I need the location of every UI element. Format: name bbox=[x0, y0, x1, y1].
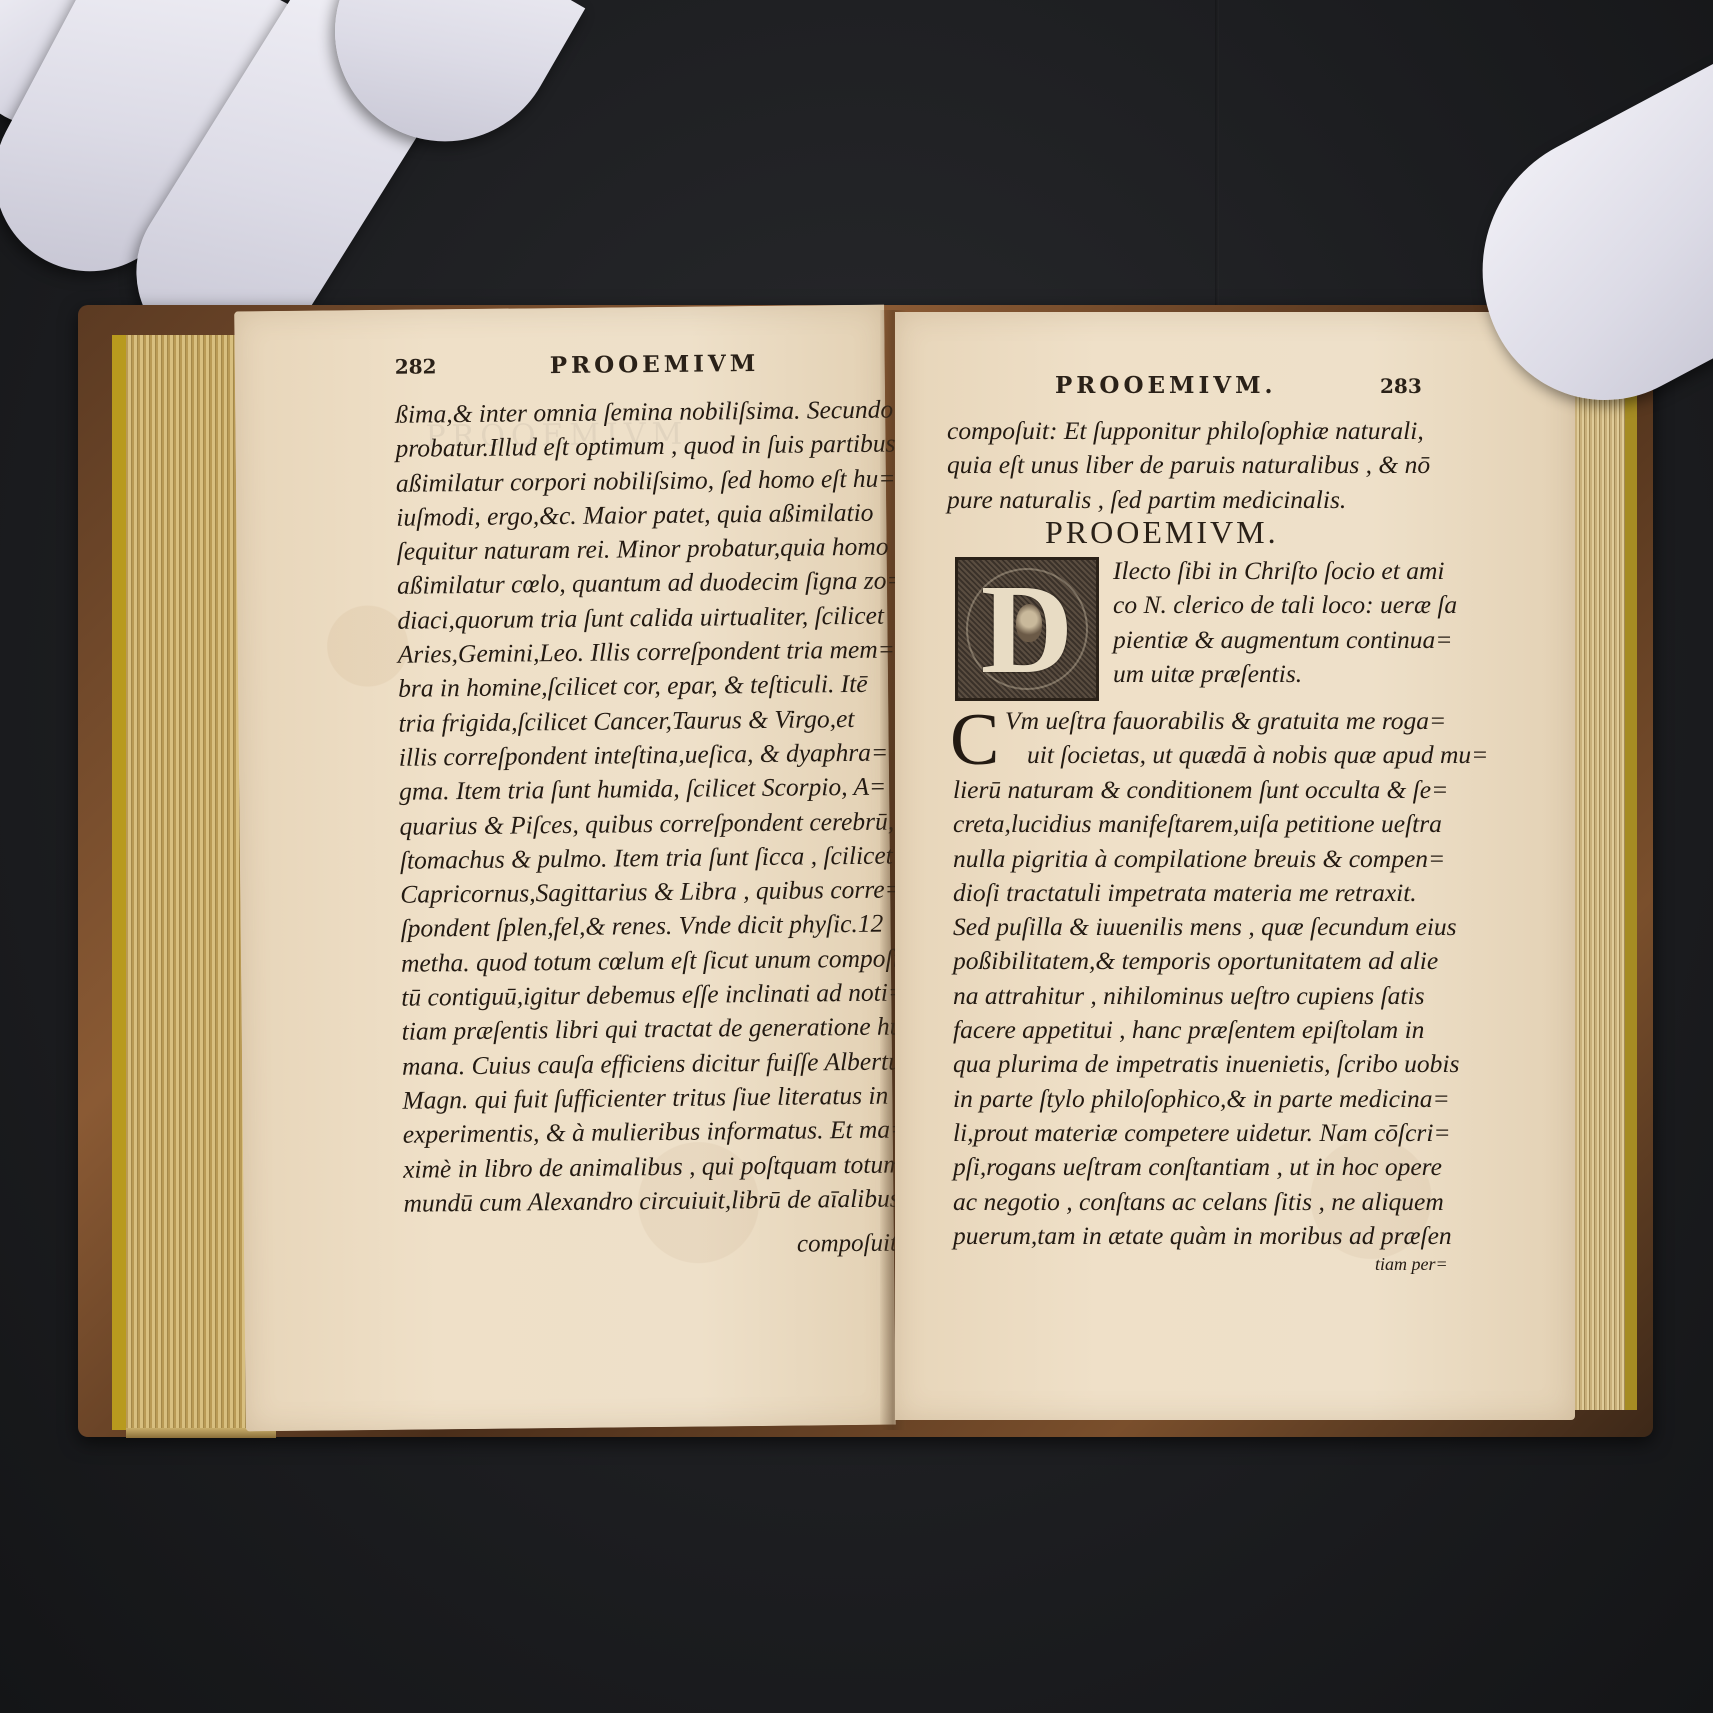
text-line: experimentis, & à mulieribus informatus.… bbox=[403, 1113, 919, 1153]
right-page-edges bbox=[1570, 380, 1637, 1410]
page-number: 283 bbox=[1380, 374, 1422, 398]
text-line: ßima,& inter omnia ſemina nobiliſsima. S… bbox=[395, 392, 911, 432]
left-page: PROOEMIVM 282 PROOEMIVM ßima,& inter omn… bbox=[234, 305, 896, 1432]
text-line: ſtomachus & pulmo. Item tria ſunt ſicca … bbox=[400, 838, 916, 878]
c-paragraph-lead: Vm ueſtra fauorabilis & gratuita me roga… bbox=[1005, 704, 1488, 773]
text-line: co N. clerico de tali loco: ueræ ſa bbox=[1113, 588, 1457, 622]
text-line: ſpondent ſplen,fel,& renes. Vnde dicit p… bbox=[400, 907, 916, 947]
text-line: aßimilatur cœlo, quantum ad duodecim ſig… bbox=[397, 564, 913, 604]
text-line: aßimilatur corpori nobiliſsimo, ſed homo… bbox=[396, 461, 912, 501]
text-line: pure naturalis , ſed partim medicinalis. bbox=[947, 483, 1430, 517]
text-line: uit ſocietas, ut quædā à nobis quæ apud … bbox=[1005, 738, 1488, 772]
text-line: probatur.Illud eſt optimum , quod in ſui… bbox=[395, 427, 911, 467]
text-line: Ilecto ſibi in Chriſto ſocio et ami bbox=[1113, 554, 1457, 588]
text-line: Vm ueſtra fauorabilis & gratuita me roga… bbox=[1005, 704, 1488, 738]
text-line: poßibilitatem,& temporis oportunitatem a… bbox=[953, 944, 1459, 978]
text-line: diaci,quorum tria ſunt calida uirtualite… bbox=[397, 598, 913, 638]
text-line: Sed puſilla & iuuenilis mens , quæ ſecun… bbox=[953, 910, 1459, 944]
text-line: iuſmodi, ergo,&c. Maior patet, quia aßim… bbox=[396, 495, 912, 535]
text-line: pientiæ & augmentum continua= bbox=[1113, 623, 1457, 657]
text-line: tria frigida,ſcilicet Cancer,Taurus & Vi… bbox=[398, 701, 914, 741]
text-line: ac negotio , conſtans ac celans ſitis , … bbox=[953, 1185, 1459, 1219]
text-line: quia eſt unus liber de paruis naturalibu… bbox=[947, 448, 1430, 482]
text-line: Aries,Gemini,Leo. Illis correſpondent tr… bbox=[398, 632, 914, 672]
text-line: mana. Cuius cauſa efficiens dicitur fuiſ… bbox=[402, 1044, 918, 1084]
text-line: creta,lucidius manifeſtarem,uiſa petitio… bbox=[953, 807, 1459, 841]
text-line: illis correſpondent inteſtina,ueſica, & … bbox=[399, 735, 915, 775]
left-page-body: ßima,& inter omnia ſemina nobiliſsima. S… bbox=[395, 392, 919, 1220]
text-line: facere appetitui , hanc præſentem epiſto… bbox=[953, 1013, 1459, 1047]
section-title: PROOEMIVM. bbox=[1045, 514, 1279, 551]
text-line: lierū naturam & conditionem ſunt occulta… bbox=[953, 773, 1459, 807]
dedication-text: Ilecto ſibi in Chriſto ſocio et ami co N… bbox=[1113, 554, 1457, 691]
text-line: Magn. qui fuit ſufficienter tritus ſiue … bbox=[402, 1078, 918, 1118]
text-line: li,prout materiæ competere uidetur. Nam … bbox=[953, 1116, 1459, 1150]
right-page-intro: compoſuit: Et ſupponitur philoſophiæ nat… bbox=[947, 414, 1430, 517]
text-line: um uitæ præſentis. bbox=[1113, 657, 1457, 691]
text-line: tū contiguū,igitur debemus eſſe inclinat… bbox=[401, 975, 917, 1015]
right-page: PROOEMIVM. 283 compoſuit: Et ſupponitur … bbox=[895, 312, 1575, 1420]
running-head: PROOEMIVM bbox=[550, 350, 760, 379]
text-line: dioſi tractatuli impetrata materia me re… bbox=[953, 876, 1459, 910]
woodcut-face-icon bbox=[1016, 604, 1042, 642]
text-line: gma. Item tria ſunt humida, ſcilicet Sco… bbox=[399, 770, 915, 810]
text-line: pſi,rogans ueſtram conſtantiam , ut in h… bbox=[953, 1150, 1459, 1184]
text-line: mundū cum Alexandro circuiuit,librū de a… bbox=[403, 1181, 919, 1221]
text-line: ximè in libro de animalibus , qui poſtqu… bbox=[403, 1147, 919, 1187]
catchword: tiam per= bbox=[1375, 1254, 1448, 1275]
text-line: nulla pigritia à compilatione breuis & c… bbox=[953, 842, 1459, 876]
text-line: tiam præſentis libri qui tractat de gene… bbox=[402, 1010, 918, 1050]
text-line: na attrahitur , nihilominus ueſtro cupie… bbox=[953, 979, 1459, 1013]
running-head: PROOEMIVM. bbox=[1055, 372, 1277, 399]
text-line: puerum,tam in ætate quàm in moribus ad p… bbox=[953, 1219, 1459, 1253]
text-line: in parte ſtylo philoſophico,& in parte m… bbox=[953, 1082, 1459, 1116]
text-line: Capricornus,Sagittarius & Libra , quibus… bbox=[400, 872, 916, 912]
text-line: ſequitur naturam rei. Minor probatur,qui… bbox=[397, 530, 913, 570]
text-line: bra in homine,ſcilicet cor, epar, & teſt… bbox=[398, 667, 914, 707]
initial-c: C bbox=[950, 703, 999, 777]
text-line: metha. quod totum cœlum eſt ſicut unum c… bbox=[401, 941, 917, 981]
text-line: compoſuit: Et ſupponitur philoſophiæ nat… bbox=[947, 414, 1430, 448]
page-number: 282 bbox=[395, 354, 437, 378]
right-page-body: lierū naturam & conditionem ſunt occulta… bbox=[953, 773, 1459, 1253]
text-line: quarius & Piſces, quibus correſpondent c… bbox=[399, 804, 915, 844]
text-line: qua plurima de impetratis inuenietis, ſc… bbox=[953, 1047, 1459, 1081]
woodcut-initial-d: D bbox=[955, 557, 1099, 701]
